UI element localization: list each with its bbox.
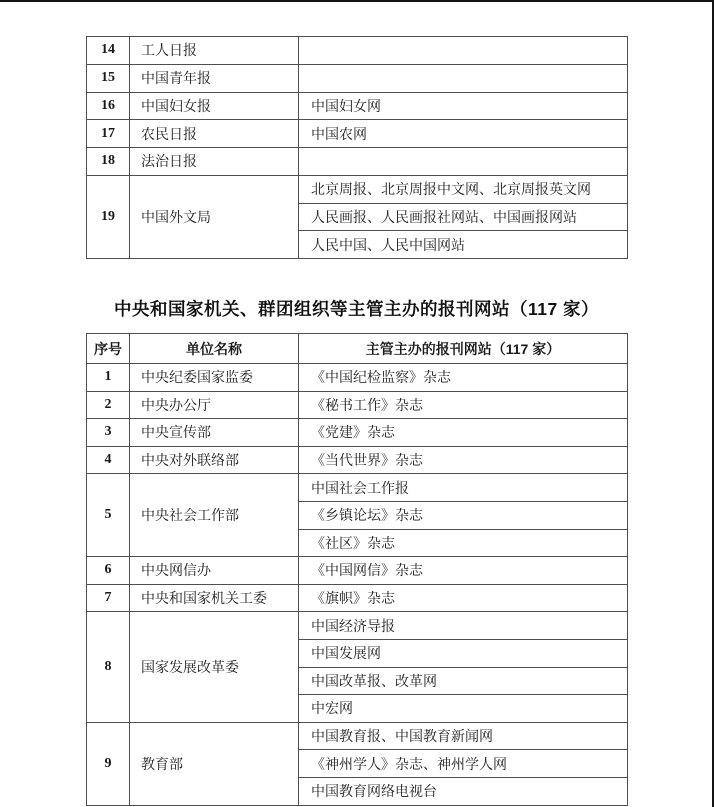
site-cell: 《当代世界》杂志 (299, 446, 628, 474)
table-row: 5中央社会工作部中国社会工作报 (87, 474, 628, 502)
row-number-cell: 7 (87, 584, 130, 612)
site-cell: 中国农网 (299, 120, 628, 148)
unit-name-cell: 国家发展改革委 (130, 612, 299, 722)
table-row: 19中国外文局北京周报、北京周报中文网、北京周报英文网 (87, 175, 628, 203)
col-header-serial: 序号 (87, 334, 130, 364)
table-row: 6中央网信办《中国网信》杂志 (87, 557, 628, 585)
table-header-row: 序号 单位名称 主管主办的报刊网站（117 家） (87, 334, 628, 364)
site-cell (299, 148, 628, 176)
row-number-cell: 9 (87, 722, 130, 805)
table-row: 4中央对外联络部《当代世界》杂志 (87, 446, 628, 474)
continuation-table: 14工人日报15中国青年报16中国妇女报中国妇女网17农民日报中国农网18法治日… (86, 36, 628, 259)
table-row: 2中央办公厅《秘书工作》杂志 (87, 391, 628, 419)
unit-name-cell: 教育部 (130, 722, 299, 805)
unit-name-cell: 中央社会工作部 (130, 474, 299, 557)
row-number-cell: 16 (87, 92, 130, 120)
site-cell: 人民画报、人民画报社网站、中国画报网站 (299, 203, 628, 231)
table-row: 14工人日报 (87, 37, 628, 65)
site-cell: 中国发展网 (299, 639, 628, 667)
site-cell: 中国社会工作报 (299, 474, 628, 502)
site-cell: 《中国网信》杂志 (299, 557, 628, 585)
site-cell: 中国改革报、改革网 (299, 667, 628, 695)
unit-name-cell: 中央纪委国家监委 (130, 364, 299, 392)
table-row: 18法治日报 (87, 148, 628, 176)
table-row: 3中央宣传部《党建》杂志 (87, 419, 628, 447)
unit-name-cell: 农民日报 (130, 120, 299, 148)
table-row: 7中央和国家机关工委《旗帜》杂志 (87, 584, 628, 612)
unit-name-cell: 中国外文局 (130, 175, 299, 258)
site-cell: 《中国纪检监察》杂志 (299, 364, 628, 392)
col-header-unit: 单位名称 (130, 334, 299, 364)
row-number-cell: 17 (87, 120, 130, 148)
unit-name-cell: 法治日报 (130, 148, 299, 176)
section-heading: 中央和国家机关、群团组织等主管主办的报刊网站（117 家） (86, 297, 627, 322)
row-number-cell: 19 (87, 175, 130, 258)
row-number-cell: 5 (87, 474, 130, 557)
main-table: 序号 单位名称 主管主办的报刊网站（117 家） 1中央纪委国家监委《中国纪检监… (86, 333, 628, 806)
site-cell: 中国妇女网 (299, 92, 628, 120)
site-cell (299, 64, 628, 92)
unit-name-cell: 工人日报 (130, 37, 299, 65)
table-row: 8国家发展改革委中国经济导报 (87, 612, 628, 640)
site-cell: 中国教育报、中国教育新闻网 (299, 722, 628, 750)
unit-name-cell: 中国青年报 (130, 64, 299, 92)
site-cell: 《旗帜》杂志 (299, 584, 628, 612)
row-number-cell: 4 (87, 446, 130, 474)
unit-name-cell: 中央办公厅 (130, 391, 299, 419)
table-row: 15中国青年报 (87, 64, 628, 92)
table-row: 16中国妇女报中国妇女网 (87, 92, 628, 120)
col-header-sites: 主管主办的报刊网站（117 家） (299, 334, 628, 364)
site-cell: 《秘书工作》杂志 (299, 391, 628, 419)
row-number-cell: 3 (87, 419, 130, 447)
row-number-cell: 2 (87, 391, 130, 419)
site-cell: 《社区》杂志 (299, 529, 628, 557)
page-edge-top (0, 0, 714, 2)
unit-name-cell: 中央和国家机关工委 (130, 584, 299, 612)
site-cell: 中宏网 (299, 695, 628, 723)
site-cell: 《乡镇论坛》杂志 (299, 501, 628, 529)
site-cell: 中国经济导报 (299, 612, 628, 640)
table-row: 1中央纪委国家监委《中国纪检监察》杂志 (87, 364, 628, 392)
row-number-cell: 18 (87, 148, 130, 176)
row-number-cell: 1 (87, 364, 130, 392)
row-number-cell: 14 (87, 37, 130, 65)
row-number-cell: 15 (87, 64, 130, 92)
unit-name-cell: 中央网信办 (130, 557, 299, 585)
row-number-cell: 6 (87, 557, 130, 585)
unit-name-cell: 中央宣传部 (130, 419, 299, 447)
site-cell: 中国教育网络电视台 (299, 777, 628, 805)
table-row: 17农民日报中国农网 (87, 120, 628, 148)
site-cell: 《党建》杂志 (299, 419, 628, 447)
unit-name-cell: 中央对外联络部 (130, 446, 299, 474)
site-cell: 人民中国、人民中国网站 (299, 231, 628, 259)
site-cell: 《神州学人》杂志、神州学人网 (299, 750, 628, 778)
row-number-cell: 8 (87, 612, 130, 722)
document-page: { "heading": "中央和国家机关、群团组织等主管主办的报刊网站（117… (0, 0, 714, 807)
table-row: 9教育部中国教育报、中国教育新闻网 (87, 722, 628, 750)
site-cell: 北京周报、北京周报中文网、北京周报英文网 (299, 175, 628, 203)
unit-name-cell: 中国妇女报 (130, 92, 299, 120)
site-cell (299, 37, 628, 65)
